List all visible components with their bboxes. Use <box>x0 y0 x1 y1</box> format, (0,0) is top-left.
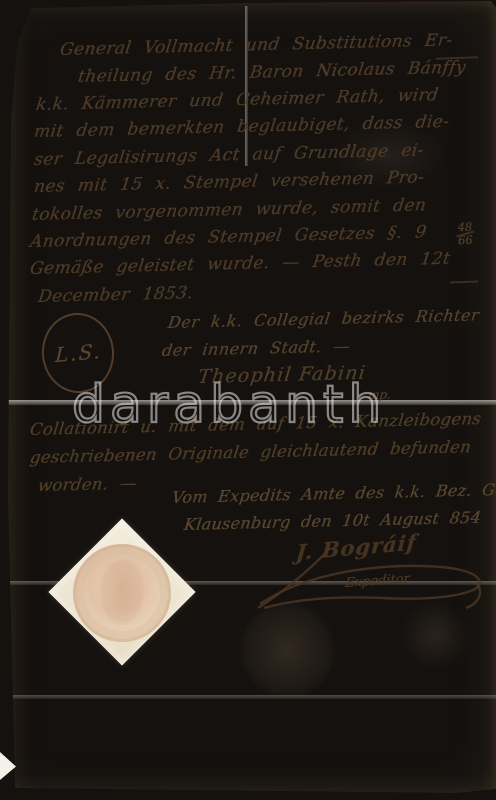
manuscript-line: geschriebenen Originale gleichlautend be… <box>29 437 473 467</box>
watermark-text: darabanth <box>72 375 386 435</box>
ink-underline <box>450 281 478 284</box>
manuscript-line: nes mit 15 x. Stempel versehenen Pro- <box>33 167 426 197</box>
ls-seal-text: L.S. <box>54 339 102 367</box>
manuscript-line: theilung des Hr. Baron Nicolaus Bánffy <box>77 57 467 87</box>
manuscript-line: worden. — <box>37 474 138 495</box>
manuscript-line: Anordnungen des Stempel Gesetzes §. 9 <box>29 222 428 252</box>
manuscript-line: Vom Expedits Amte des k.k. Bez. Gerichte… <box>171 478 496 507</box>
manuscript-line: tokolles vorgenommen wurde, somit den <box>31 195 428 225</box>
photo-background: { "colors": { "background": "#14110f", "… <box>0 0 496 800</box>
darabanth-watermark: darabanth <box>66 374 496 438</box>
seal-eagle-figure <box>100 560 144 624</box>
manuscript-line: Der k.k. Collegial bezirks Richter <box>167 305 481 332</box>
photo-corner-triangle <box>0 752 16 780</box>
manuscript-line: December 1853. <box>37 283 195 307</box>
manuscript-line: Klausenburg den 10t August 854 <box>183 508 483 534</box>
manuscript-line: der innern Stadt. — <box>161 336 351 360</box>
manuscript-line: Gemäße geleistet wurde. — Pesth den 12t <box>29 249 452 279</box>
document-photo: General Vollmacht und Substitutions Er- … <box>0 0 496 800</box>
fold-crease-vertical <box>245 6 248 166</box>
paper-stain <box>240 600 335 700</box>
fold-crease-bottom <box>0 695 496 699</box>
manuscript-line: k.k. Kämmerer und Geheimer Rath, wird <box>35 85 440 115</box>
stamp-paragraph-fraction: 48 66 <box>453 222 478 247</box>
manuscript-line: General Vollmacht und Substitutions Er- <box>59 30 454 60</box>
